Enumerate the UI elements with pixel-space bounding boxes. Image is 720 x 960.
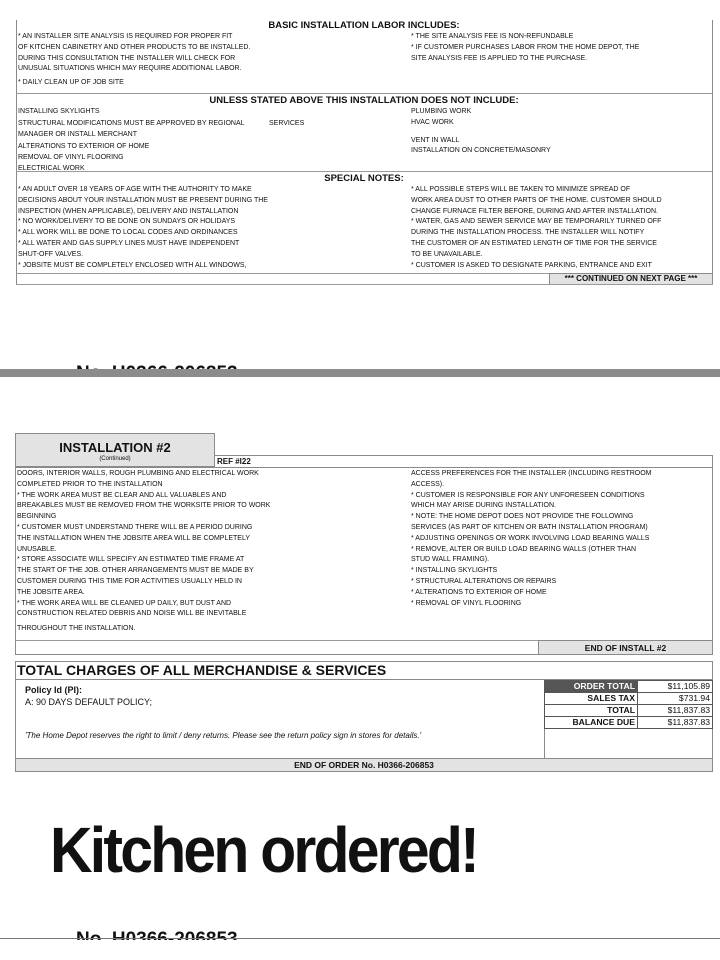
note-line: BEGINNING — [17, 512, 270, 523]
install-notes-left: DOORS, INTERIOR WALLS, ROUGH PLUMBING AN… — [17, 469, 270, 635]
totals-row-total: TOTAL $11,837.83 — [545, 705, 713, 717]
note-line: THE START OF THE JOB. OTHER ARRANGEMENTS… — [17, 566, 270, 577]
note-line: DURING THIS CONSULTATION THE INSTALLER W… — [18, 54, 250, 65]
note-line: * STRUCTURAL ALTERATIONS OR REPAIRS — [411, 577, 652, 588]
basic-installation-header: BASIC INSTALLATION LABOR INCLUDES: — [16, 20, 712, 31]
totals-table: ORDER TOTAL $11,105.89 SALES TAX $731.94… — [544, 680, 713, 729]
policy-label: Policy Id (PI): — [25, 685, 82, 695]
note-line: DOORS, INTERIOR WALLS, ROUGH PLUMBING AN… — [17, 469, 270, 480]
note-line: WHICH MAY ARISE DURING INSTALLATION. — [411, 501, 652, 512]
exclusion-item: ALTERATIONS TO EXTERIOR OF HOME — [18, 142, 245, 153]
totals-value: $11,105.89 — [638, 681, 713, 693]
note-line: * ALL WATER AND GAS SUPPLY LINES MUST HA… — [18, 239, 268, 250]
divider — [16, 171, 713, 172]
return-policy-note: 'The Home Depot reserves the right to li… — [25, 731, 421, 740]
note-line: SHUT-OFF VALVES. — [18, 250, 268, 261]
installation-title-box: INSTALLATION #2 (Continued) — [15, 433, 215, 467]
totals-value: $11,837.83 — [638, 705, 713, 717]
end-of-order-label: END OF ORDER No. H0366-206853 — [16, 759, 712, 772]
note-line: * ADJUSTING OPENINGS OR WORK INVOLVING L… — [411, 534, 652, 545]
note-line: * CUSTOMER IS RESPONSIBLE FOR ANY UNFORE… — [411, 491, 652, 502]
totals-label: BALANCE DUE — [545, 717, 638, 729]
totals-title: TOTAL CHARGES OF ALL MERCHANDISE & SERVI… — [17, 662, 386, 678]
exclusion-text: MANAGER OR INSTALL MERCHANT — [18, 130, 245, 141]
totals-value: $11,837.83 — [638, 717, 713, 729]
note-line: ACCESS). — [411, 480, 652, 491]
note-line: CHANGE FURNACE FILTER BEFORE, DURING AND… — [411, 207, 662, 218]
exclusion-item: INSTALLATION ON CONCRETE/MASONRY — [411, 146, 551, 157]
note-line: THE JOBSITE AREA. — [17, 588, 270, 599]
note-line: * ALL POSSIBLE STEPS WILL BE TAKEN TO MI… — [411, 185, 662, 196]
note-line: COMPLETED PRIOR TO THE INSTALLATION — [17, 480, 270, 491]
note-line: * CUSTOMER IS ASKED TO DESIGNATE PARKING… — [411, 261, 662, 272]
exclusions-left: INSTALLING SKYLIGHTS STRUCTURAL MODIFICA… — [18, 107, 245, 175]
note-line: CUSTOMER DURING THIS TIME FOR ACTIVITIES… — [17, 577, 270, 588]
exclusions-header: UNLESS STATED ABOVE THIS INSTALLATION DO… — [16, 95, 712, 106]
end-install-band: END OF INSTALL #2 — [538, 640, 713, 655]
note-line: INSPECTION (WHEN APPLICABLE), DELIVERY A… — [18, 207, 268, 218]
basic-left-notes: * AN INSTALLER SITE ANALYSIS IS REQUIRED… — [18, 32, 250, 89]
note-line: * NOTE: THE HOME DEPOT DOES NOT PROVIDE … — [411, 512, 652, 523]
note-line: TO BE UNAVAILABLE. — [411, 250, 662, 261]
note-line: SITE ANALYSIS FEE IS APPLIED TO THE PURC… — [411, 54, 639, 65]
note-line: OF KITCHEN CABINETRY AND OTHER PRODUCTS … — [18, 43, 250, 54]
policy-value: A: 90 DAYS DEFAULT POLICY; — [25, 697, 152, 707]
exclusion-item: STRUCTURAL MODIFICATIONS MUST BE APPROVE… — [18, 119, 245, 141]
note-line: UNUSUAL SITUATIONS WHICH MAY REQUIRE ADD… — [18, 64, 250, 75]
page-right-border — [712, 20, 713, 284]
note-line: * REMOVAL OF VINYL FLOORING — [411, 599, 652, 610]
note-line: * THE WORK AREA MUST BE CLEAR AND ALL VA… — [17, 491, 270, 502]
note-line: DECISIONS ABOUT YOUR INSTALLATION MUST B… — [18, 196, 268, 207]
special-notes-right: * ALL POSSIBLE STEPS WILL BE TAKEN TO MI… — [411, 185, 662, 271]
basic-right-notes: * THE SITE ANALYSIS FEE IS NON-REFUNDABL… — [411, 32, 639, 64]
note-line: UNUSABLE. — [17, 545, 270, 556]
special-notes-left: * AN ADULT OVER 18 YEARS OF AGE WITH THE… — [18, 185, 268, 271]
exclusion-item: REMOVAL OF VINYL FLOORING — [18, 153, 245, 164]
note-line: DURING THE INSTALLATION PROCESS. THE INS… — [411, 228, 662, 239]
note-line: CONSTRUCTION RELATED DEBRIS AND NOISE WI… — [17, 609, 270, 620]
special-notes-header: SPECIAL NOTES: — [16, 173, 712, 184]
page-separator — [0, 369, 720, 377]
note-line: * WATER, GAS AND SEWER SERVICE MAY BE TE… — [411, 217, 662, 228]
installation-subtitle: (Continued) — [16, 456, 214, 462]
note-line: WORK AREA DUST TO OTHER PARTS OF THE HOM… — [411, 196, 662, 207]
note-line: * IF CUSTOMER PURCHASES LABOR FROM THE H… — [411, 43, 639, 54]
totals-label: ORDER TOTAL — [545, 681, 638, 693]
install-notes-right: ACCESS PREFERENCES FOR THE INSTALLER (IN… — [411, 469, 652, 609]
end-of-order-band: END OF ORDER No. H0366-206853 — [15, 758, 713, 772]
note-line: * AN INSTALLER SITE ANALYSIS IS REQUIRED… — [18, 32, 250, 43]
continued-label: *** CONTINUED ON NEXT PAGE *** — [550, 274, 712, 284]
note-line: * CUSTOMER MUST UNDERSTAND THERE WILL BE… — [17, 523, 270, 534]
exclusion-text: SERVICES — [269, 119, 304, 130]
note-line: * AN ADULT OVER 18 YEARS OF AGE WITH THE… — [18, 185, 268, 196]
caption-headline: Kitchen ordered! — [50, 815, 477, 885]
end-install-label: END OF INSTALL #2 — [539, 641, 712, 655]
note-line: * ALL WORK WILL BE DONE TO LOCAL CODES A… — [18, 228, 268, 239]
exclusion-item: HVAC WORK — [411, 118, 551, 129]
note-line: * ALTERATIONS TO EXTERIOR OF HOME — [411, 588, 652, 599]
exclusion-text: STRUCTURAL MODIFICATIONS MUST BE APPROVE… — [18, 119, 245, 130]
note-line: * DAILY CLEAN UP OF JOB SITE — [18, 78, 250, 89]
note-line: ACCESS PREFERENCES FOR THE INSTALLER (IN… — [411, 469, 652, 480]
divider — [16, 93, 713, 94]
totals-row-balance-due: BALANCE DUE $11,837.83 — [545, 717, 713, 729]
totals-label: SALES TAX — [545, 693, 638, 705]
note-line: THE CUSTOMER OF AN ESTIMATED LENGTH OF T… — [411, 239, 662, 250]
totals-row-sales-tax: SALES TAX $731.94 — [545, 693, 713, 705]
note-line: SERVICES (AS PART OF KITCHEN OR BATH INS… — [411, 523, 652, 534]
note-line: * INSTALLING SKYLIGHTS — [411, 566, 652, 577]
exclusions-right: PLUMBING WORK HVAC WORK VENT IN WALL INS… — [411, 107, 551, 157]
note-line: * STORE ASSOCIATE WILL SPECIFY AN ESTIMA… — [17, 555, 270, 566]
page-left-border — [16, 20, 17, 284]
note-line: BREAKABLES MUST BE REMOVED FROM THE WORK… — [17, 501, 270, 512]
note-line: * REMOVE, ALTER OR BUILD LOAD BEARING WA… — [411, 545, 652, 556]
totals-row-order-total: ORDER TOTAL $11,105.89 — [545, 681, 713, 693]
totals-label: TOTAL — [545, 705, 638, 717]
note-line: * JOBSITE MUST BE COMPLETELY ENCLOSED WI… — [18, 261, 268, 272]
note-line: STUD WALL FRAMING). — [411, 555, 652, 566]
installation-title: INSTALLATION #2 — [16, 440, 214, 455]
note-line: THROUGHOUT THE INSTALLATION. — [17, 624, 270, 635]
exclusion-item: VENT IN WALL — [411, 136, 551, 147]
note-line: THE INSTALLATION WHEN THE JOBSITE AREA W… — [17, 534, 270, 545]
totals-value: $731.94 — [638, 693, 713, 705]
note-line: * THE WORK AREA WILL BE CLEANED UP DAILY… — [17, 599, 270, 610]
exclusion-item: INSTALLING SKYLIGHTS — [18, 107, 245, 118]
exclusion-item: PLUMBING WORK — [411, 107, 551, 118]
note-line: * THE SITE ANALYSIS FEE IS NON-REFUNDABL… — [411, 32, 639, 43]
divider — [16, 284, 713, 285]
page-separator — [0, 938, 720, 939]
note-line: * NO WORK/DELIVERY TO BE DONE ON SUNDAYS… — [18, 217, 268, 228]
